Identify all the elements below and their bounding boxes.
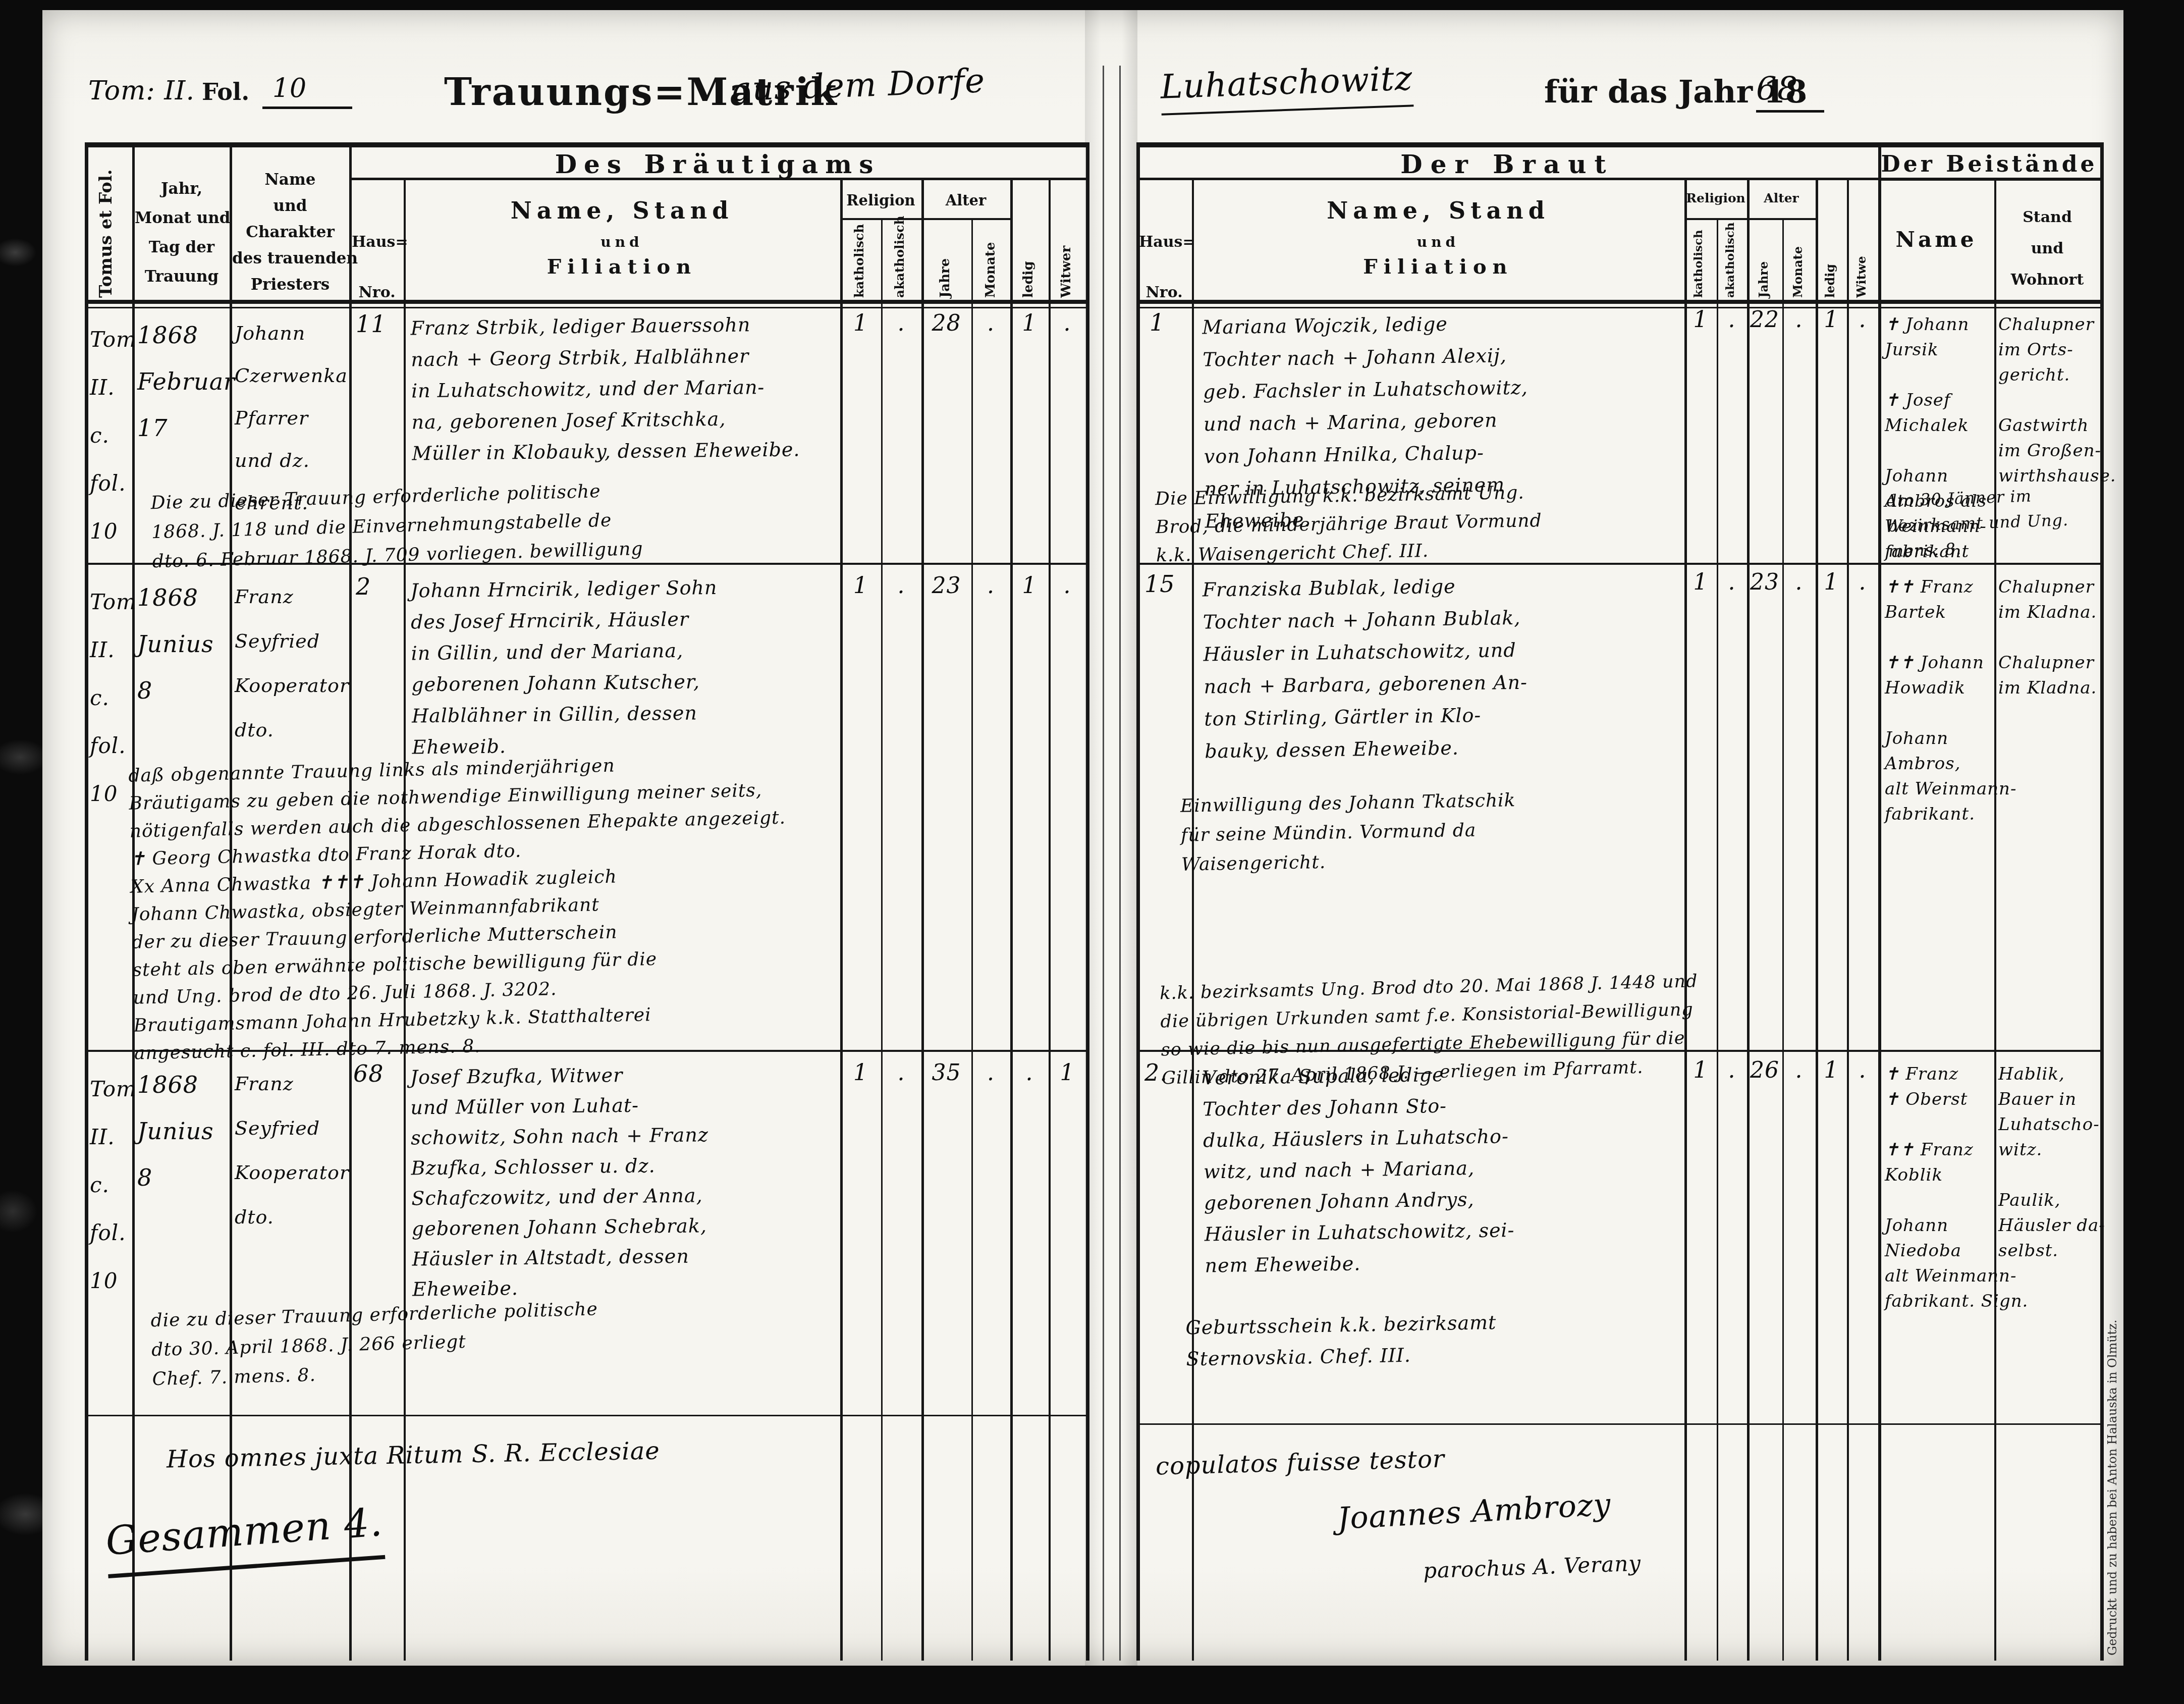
row2-date: 1868Junius8 <box>137 574 214 714</box>
row2-bride-text: Franziska Bublak, ledigeTochter nach + J… <box>1202 567 1679 767</box>
left-religion-alter-underline <box>840 218 1010 220</box>
header-bride-filiation: Filiation <box>1192 255 1684 279</box>
header-groom-filiation: Filiation <box>404 255 840 279</box>
row2-bride-jahre-value: 23 <box>1747 569 1782 595</box>
right-col-monate-divider <box>1816 178 1818 1661</box>
header-groom-jahre: Jahre <box>938 237 953 298</box>
header-groom-und: und <box>404 234 840 250</box>
year-script: 68. <box>1756 71 1824 113</box>
right-col-jahre-divider <box>1782 218 1784 1661</box>
scanned-marriage-register: { "page": { "folio_prefix": "Tom: II.", … <box>0 0 2184 1704</box>
header-groom-akatholisch: akatholisch <box>892 225 907 298</box>
folio-handwritten-prefix: Tom: II. <box>88 76 195 106</box>
row3-groom-katholisch-value: 1 <box>840 1060 881 1086</box>
row3-witness-stands: Hablik,Bauer inLuhatscho-witz. Paulik,Hä… <box>1998 1061 2099 1263</box>
header-bride-name-stand: Name, Stand <box>1192 197 1684 224</box>
row1-groom-monate-value: . <box>971 310 1010 336</box>
header-groom-ledig: ledig <box>1021 241 1036 298</box>
row2-bride-witwe-value: . <box>1847 569 1878 595</box>
row2-groom-akatholisch-value: . <box>881 573 921 599</box>
row3-date: 1868Junius8 <box>137 1061 214 1201</box>
header-groom-group: Des Bräutigams <box>349 149 1086 179</box>
folio-number: 10 <box>262 73 352 109</box>
right-col-ledig-divider <box>1847 178 1849 1661</box>
row2-bride-katholisch-value: 1 <box>1684 569 1717 595</box>
row1-bride-jahre-value: 22 <box>1747 307 1782 333</box>
row2-witness-stands: Chalupnerim Kladna. Chalupnerim Kladna. <box>1998 574 2099 701</box>
row3-bride-katholisch-value: 1 <box>1684 1057 1717 1083</box>
row2-bride-haus: 15 <box>1144 570 1175 598</box>
right-col-kath-divider <box>1717 218 1718 1661</box>
row2-groom-text: Johann Hrncirik, lediger Sohndes Josef H… <box>410 571 836 763</box>
header-date: Jahr,Monat undTag derTrauung <box>135 174 229 291</box>
row1-groom-witwer-value: . <box>1049 310 1086 336</box>
row3-bride-witwe-value: . <box>1847 1057 1878 1083</box>
header-bride-ledig: ledig <box>1823 241 1837 298</box>
right-table-left-border <box>1136 142 1140 1661</box>
header-groom-religion: Religion <box>840 192 921 209</box>
right-col-witwe-divider <box>1878 142 1881 1661</box>
page-fold-shadow <box>1085 10 1137 1666</box>
header-bride-akatholisch: akatholisch <box>1723 225 1737 298</box>
header-witness-group: Der Beistände <box>1878 151 2100 177</box>
right-header-bottom-thick <box>1136 300 2100 304</box>
header-groom-name-stand: Name, Stand <box>404 197 840 224</box>
row1-groom-ledig-value: 1 <box>1010 310 1049 336</box>
row2-bride-note: Einwilligung des Johann Tkatschikfür sei… <box>1180 783 1686 879</box>
header-tomus-et-fol: Tomus et Fol. <box>96 151 116 298</box>
header-priest: NameundCharakterdes trauendenPriesters <box>232 167 348 298</box>
header-bride-witwe: Witwe <box>1854 232 1869 298</box>
row2-bride-akatholisch-value: . <box>1717 569 1747 595</box>
right-table-right-border <box>2100 142 2104 1661</box>
row3-groom-haus: 68 <box>353 1060 384 1087</box>
folio-printed-label: Fol. <box>202 78 249 105</box>
row2-bride-ledig-value: 1 <box>1816 569 1847 595</box>
right-witness-group-underline <box>1878 178 2100 181</box>
printer-imprint-vertical: Gedruckt und zu haben bei Anton Halauska… <box>2105 1146 2119 1656</box>
left-header-bottom-thin <box>85 307 1086 308</box>
row2-groom-monate-value: . <box>971 573 1010 599</box>
row3-groom-akatholisch-value: . <box>881 1060 921 1086</box>
row3-groom-witwer-value: 1 <box>1049 1060 1086 1086</box>
header-groom-alter: Alter <box>921 192 1010 209</box>
row1-bride-note: Die Einwilligung k.k. bezirksamt Ung.Bro… <box>1155 474 1813 570</box>
row3-bride-haus: 2. <box>1144 1059 1168 1086</box>
header-bride-group: Der Braut <box>1136 149 1878 179</box>
row1-groom-akatholisch-value: . <box>881 310 921 336</box>
row3-groom-monate-value: . <box>971 1060 1010 1086</box>
row1-bride-witwe-value: . <box>1847 307 1878 333</box>
left-table-top-rule <box>85 142 1086 147</box>
left-table-left-border <box>85 142 88 1661</box>
row3-groom-ledig-value: . <box>1010 1060 1049 1086</box>
header-witness-name: Name <box>1878 227 1994 252</box>
row2-groom-ledig-value: 1 <box>1010 573 1049 599</box>
row3-bride-monate-value: . <box>1782 1057 1816 1083</box>
row3-tomus: TomII.c.fol.10 <box>90 1065 137 1305</box>
row3-bride-text: Veronika Supala, ledigeTochter des Johan… <box>1202 1055 1679 1281</box>
right-witness-name-divider <box>1994 178 1996 1661</box>
row3-groom-jahre-value: 35 <box>921 1060 971 1086</box>
row1-bride-haus: 1 <box>1150 309 1165 336</box>
left-footer-rule <box>85 1415 1086 1416</box>
row3-priest: FranzSeyfriedKooperatordto. <box>235 1061 349 1239</box>
header-bride-jahre: Jahre <box>1756 237 1771 298</box>
row3-groom-text: Josef Bzufka, Witwerund Müller von Luhat… <box>410 1058 837 1305</box>
row3-witness-names: ✝ Franz✝ Oberst ✝✝ FranzKoblik JohannNie… <box>1885 1061 1993 1314</box>
row3-bride-akatholisch-value: . <box>1717 1057 1747 1083</box>
row2-groom-jahre-value: 23 <box>921 573 971 599</box>
gutter-edge-left <box>1103 66 1104 1661</box>
header-witness-stand-wohnort: StandundWohnort <box>1994 202 2100 296</box>
row2-groom-katholisch-value: 1 <box>840 573 881 599</box>
row1-witness-stands: Chalupnerim Orts-gericht. Gastwirthim Gr… <box>1998 312 2099 489</box>
row1-groom-text: Franz Strbik, lediger Bauerssohnnach + G… <box>410 308 836 469</box>
row1-groom-katholisch-value: 1 <box>840 310 881 336</box>
header-groom-haus: Haus=Nro. <box>352 217 402 318</box>
row3-bride-note: Geburtsschein k.k. bezirksamtSternovskia… <box>1185 1302 1741 1374</box>
header-bride-katholisch: katholisch <box>1691 225 1705 298</box>
row3-bride-jahre-value: 26 <box>1747 1057 1782 1083</box>
header-bride-alter: Alter <box>1747 191 1816 205</box>
row2-priest: FranzSeyfriedKooperatordto. <box>235 574 349 752</box>
right-col-name-divider <box>1684 178 1687 1661</box>
row1-groom-jahre-value: 28 <box>921 310 971 336</box>
row1-witness-note: dto 30 Jänner imbezirksamt und Ung.mens.… <box>1886 481 2101 564</box>
left-table-right-border <box>1086 142 1089 1661</box>
header-bride-monate: Monate <box>1790 230 1805 298</box>
left-header-bottom-thick <box>85 300 1086 304</box>
row1-date: 1868Februar17 <box>137 312 235 451</box>
row3-bride-ledig-value: 1 <box>1816 1057 1847 1083</box>
header-bride-und: und <box>1192 234 1684 250</box>
row2-witness-names: ✝✝ FranzBartek ✝✝ JohannHowadik JohannAm… <box>1885 574 1993 827</box>
right-col-religion-alter-divider <box>1747 178 1750 1661</box>
village-name-script: Luhatschowitz <box>1160 59 1413 115</box>
header-groom-witwer: Witwer <box>1059 230 1074 298</box>
row2-groom-witwer-value: . <box>1049 573 1086 599</box>
row2-groom-haus: 2 <box>356 573 371 600</box>
right-col-haus-divider <box>1192 178 1194 1661</box>
row1-groom-haus: 11 <box>356 310 387 338</box>
gutter-edge-right <box>1119 66 1121 1661</box>
row1-bride-ledig-value: 1 <box>1816 307 1847 333</box>
right-table-top-rule <box>1136 142 2100 147</box>
row1-bride-monate-value: . <box>1782 307 1816 333</box>
row1-tomus: TomII.c.fol.10 <box>90 315 137 555</box>
row2-bride-monate-value: . <box>1782 569 1816 595</box>
header-groom-monate: Monate <box>983 230 998 298</box>
row2-middle-annotation: daß obgenannte Trauung links als minderj… <box>128 742 1083 1067</box>
header-bride-haus: Haus=Nro. <box>1139 217 1189 318</box>
row1-bride-akatholisch-value: . <box>1717 307 1747 333</box>
header-groom-katholisch: katholisch <box>852 225 866 298</box>
row1-bride-katholisch-value: 1 <box>1684 307 1717 333</box>
right-footer-rule <box>1136 1423 2100 1425</box>
right-religion-alter-underline <box>1684 218 1816 220</box>
header-bride-religion: Religion <box>1684 191 1747 205</box>
